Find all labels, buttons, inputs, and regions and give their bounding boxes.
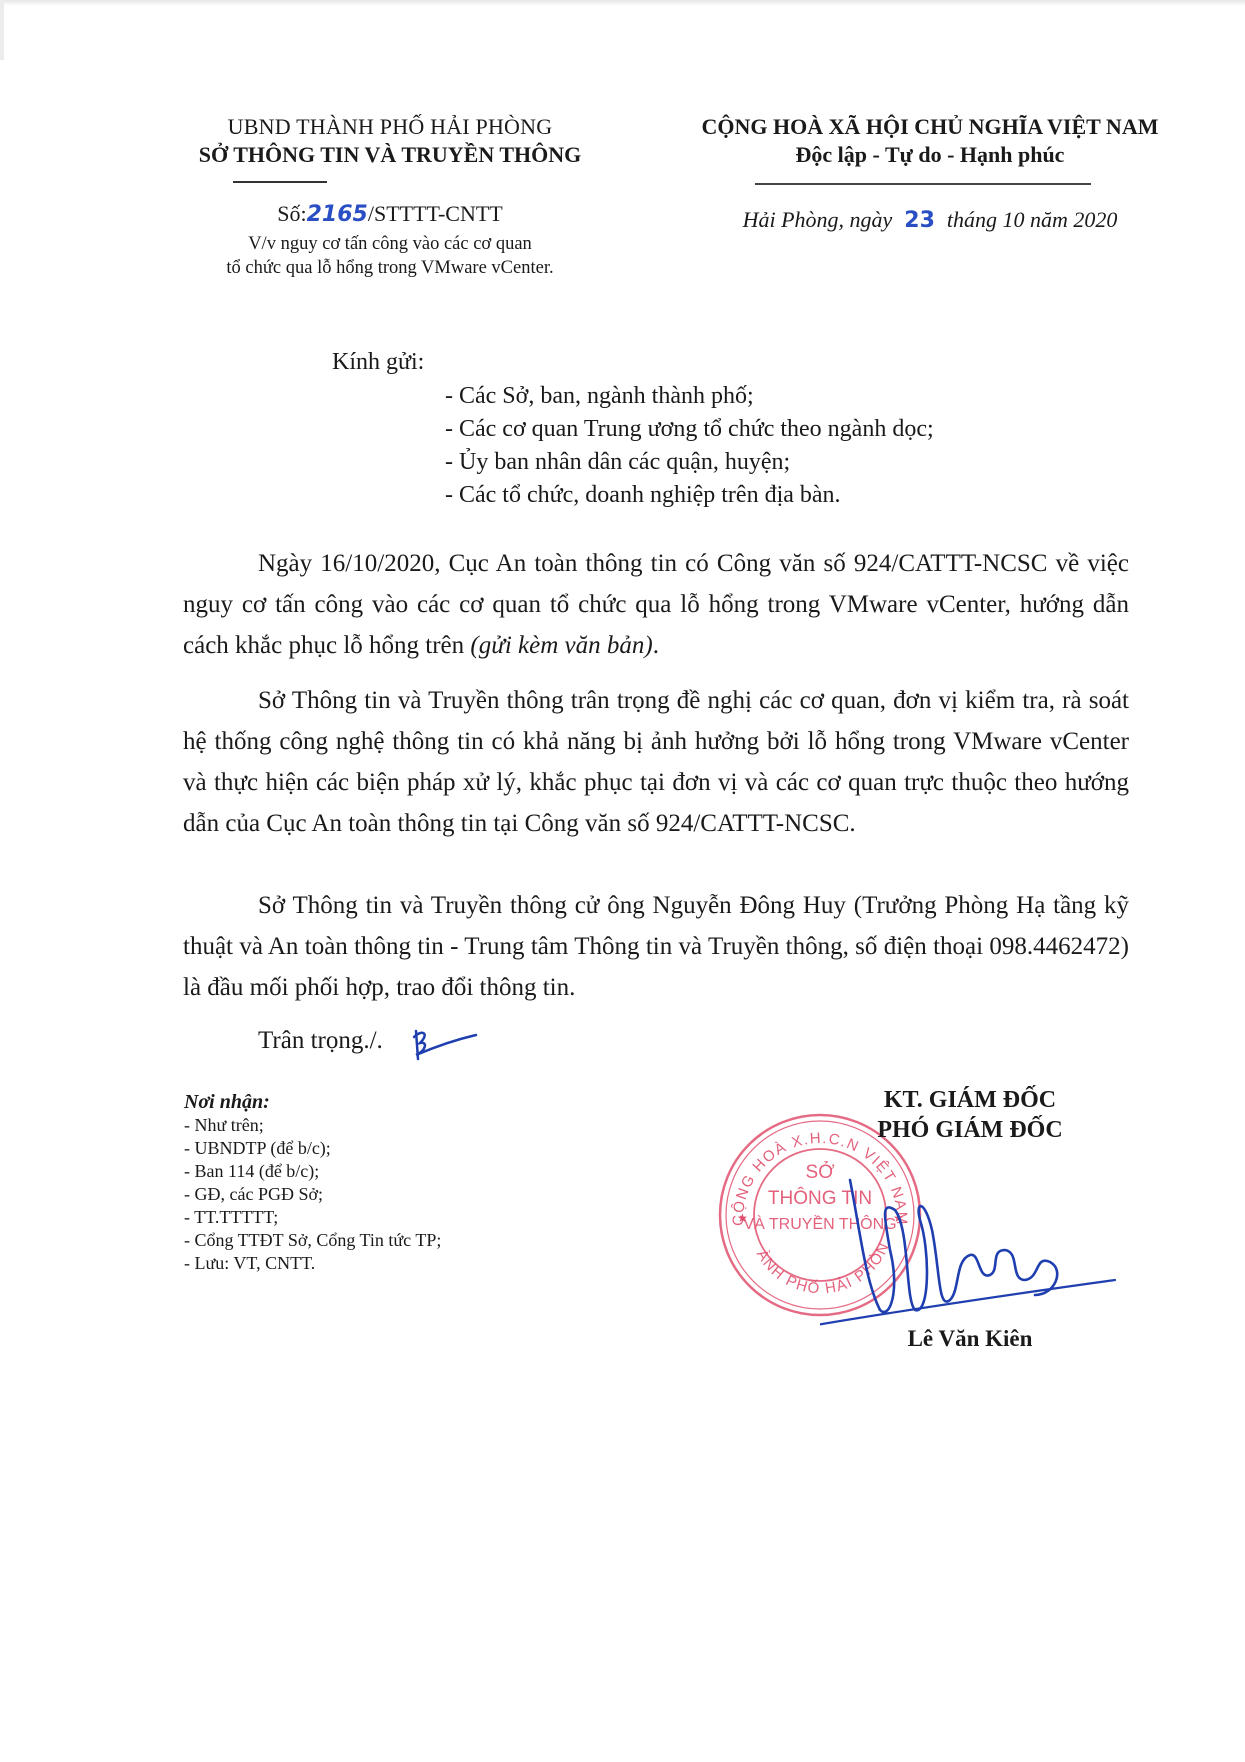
cc-item: - GĐ, các PGĐ Sở; [184, 1183, 441, 1206]
document-number: Số:2165/STTTT-CNTT [150, 200, 630, 229]
cc-item: - Cổng TTĐT Sở, Cổng Tin tức TP; [184, 1229, 441, 1252]
national-header-block: CỘNG HOÀ XÃ HỘI CHỦ NGHĨA VIỆT NAM Độc l… [650, 113, 1210, 169]
signatory-title-line-2: PHÓ GIÁM ĐỐC [800, 1115, 1140, 1145]
body-paragraph-2: Sở Thông tin và Truyền thông trân trọng … [183, 680, 1129, 854]
cc-item: - Như trên; [184, 1114, 441, 1137]
organization-name: SỞ THÔNG TIN VÀ TRUYỀN THÔNG [150, 141, 630, 169]
closing-salutation: Trân trọng./. [258, 1026, 383, 1056]
recipient-item: - Các Sở, ban, ngành thành phố; [445, 380, 934, 413]
cc-item: - Lưu: VT, CNTT. [184, 1252, 441, 1275]
recipients-label: Kính gửi: [332, 347, 424, 377]
signatory-name: Lê Văn Kiên [800, 1325, 1140, 1353]
date-prefix: Hải Phòng, ngày [743, 207, 893, 232]
official-letter-page: UBND THÀNH PHỐ HẢI PHÒNG SỞ THÔNG TIN VÀ… [0, 0, 1245, 1762]
recipient-item: - Các cơ quan Trung ương tổ chức theo ng… [445, 413, 934, 446]
scan-left-edge [0, 0, 4, 60]
subject-line-2: tổ chức qua lỗ hổng trong VMware vCenter… [150, 256, 630, 280]
handwritten-signature-icon [820, 1170, 1120, 1330]
recipient-item: - Các tổ chức, doanh nghiệp trên địa bàn… [445, 479, 934, 512]
initial-mark-icon [410, 1025, 480, 1065]
doc-number-handwritten: 2165 [307, 202, 368, 227]
cc-title: Nơi nhận: [184, 1090, 441, 1114]
subject-block: V/v nguy cơ tấn công vào các cơ quan tổ … [150, 232, 630, 280]
doc-number-prefix: Số: [277, 201, 306, 226]
cc-item: - UBNDTP (để b/c); [184, 1137, 441, 1160]
date-day-handwritten: 23 [892, 208, 947, 233]
date-suffix: tháng 10 năm 2020 [947, 207, 1118, 232]
signatory-title-line-1: KT. GIÁM ĐỐC [800, 1085, 1140, 1115]
cc-item: - TT.TTTTT; [184, 1206, 441, 1229]
cc-item: - Ban 114 (để b/c); [184, 1160, 441, 1183]
paragraph-text: Sở Thông tin và Truyền thông trân trọng … [183, 680, 1129, 844]
date-line: Hải Phòng, ngày23tháng 10 năm 2020 [650, 206, 1210, 235]
agency-underline [233, 181, 327, 183]
body-paragraph-1: Ngày 16/10/2020, Cục An toàn thông tin c… [183, 543, 1129, 676]
paragraph-end: . [653, 632, 659, 659]
parent-organization: UBND THÀNH PHỐ HẢI PHÒNG [150, 113, 630, 141]
national-motto: Độc lập - Tự do - Hạnh phúc [650, 141, 1210, 169]
paragraph-italic-note: (gửi kèm văn bản) [470, 632, 652, 659]
recipients-list: - Các Sở, ban, ngành thành phố; - Các cơ… [445, 380, 934, 512]
subject-line-1: V/v nguy cơ tấn công vào các cơ quan [150, 232, 630, 256]
signatory-title: KT. GIÁM ĐỐC PHÓ GIÁM ĐỐC [800, 1085, 1140, 1145]
body-paragraph-3: Sở Thông tin và Truyền thông cử ông Nguy… [183, 885, 1129, 1018]
cc-list: Nơi nhận: - Như trên; - UBNDTP (để b/c);… [184, 1090, 441, 1275]
nation-name: CỘNG HOÀ XÃ HỘI CHỦ NGHĨA VIỆT NAM [650, 113, 1210, 141]
recipient-item: - Ủy ban nhân dân các quận, huyện; [445, 446, 934, 479]
doc-number-suffix: /STTTT-CNTT [368, 201, 503, 226]
issuing-agency-block: UBND THÀNH PHỐ HẢI PHÒNG SỞ THÔNG TIN VÀ… [150, 113, 630, 169]
motto-underline [755, 183, 1091, 185]
paragraph-text: Sở Thông tin và Truyền thông cử ông Nguy… [183, 885, 1129, 1008]
scan-top-edge [0, 0, 1245, 6]
